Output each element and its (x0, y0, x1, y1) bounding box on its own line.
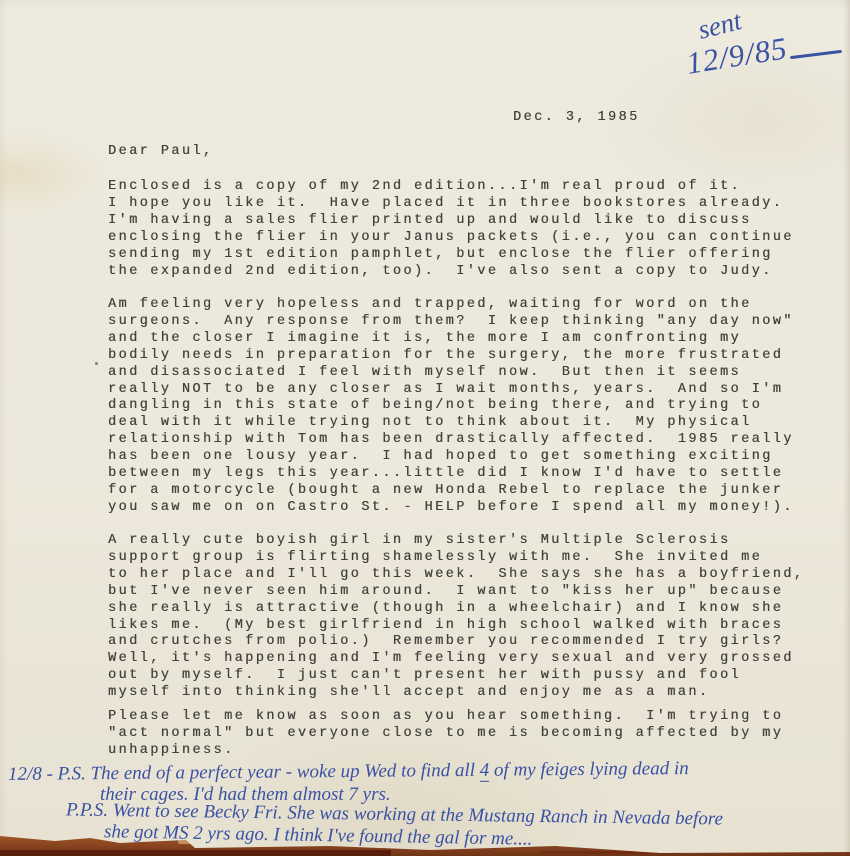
letter-paragraph-1: Enclosed is a copy of my 2nd edition...I… (108, 179, 794, 280)
letter-date: Dec. 3, 1985 (513, 110, 640, 127)
ps-text-after-underline: of my feiges lying dead in (489, 758, 689, 781)
letter-paragraph-2: Am feeling very hopeless and trapped, wa… (108, 297, 794, 517)
ps-text-before-underline: 12/8 - P.S. The end of a perfect year - … (8, 760, 480, 785)
letter-paragraph-4: Please let me know as soon as you hear s… (108, 709, 783, 760)
ps-underlined-number: 4 (480, 760, 490, 782)
handwritten-ps-line-1: 12/8 - P.S. The end of a perfect year - … (8, 758, 689, 786)
letter-paper: sent 12/9/85 Dec. 3, 1985 Dear Paul, Enc… (0, 0, 850, 856)
desk-wood-dark-edge (0, 850, 391, 856)
scanned-letter-page: sent 12/9/85 Dec. 3, 1985 Dear Paul, Enc… (0, 0, 850, 856)
ink-speck (95, 362, 98, 365)
pen-flourish-stroke (790, 50, 842, 59)
letter-salutation: Dear Paul, (108, 144, 214, 161)
letter-paragraph-3: A really cute boyish girl in my sister's… (108, 533, 804, 702)
